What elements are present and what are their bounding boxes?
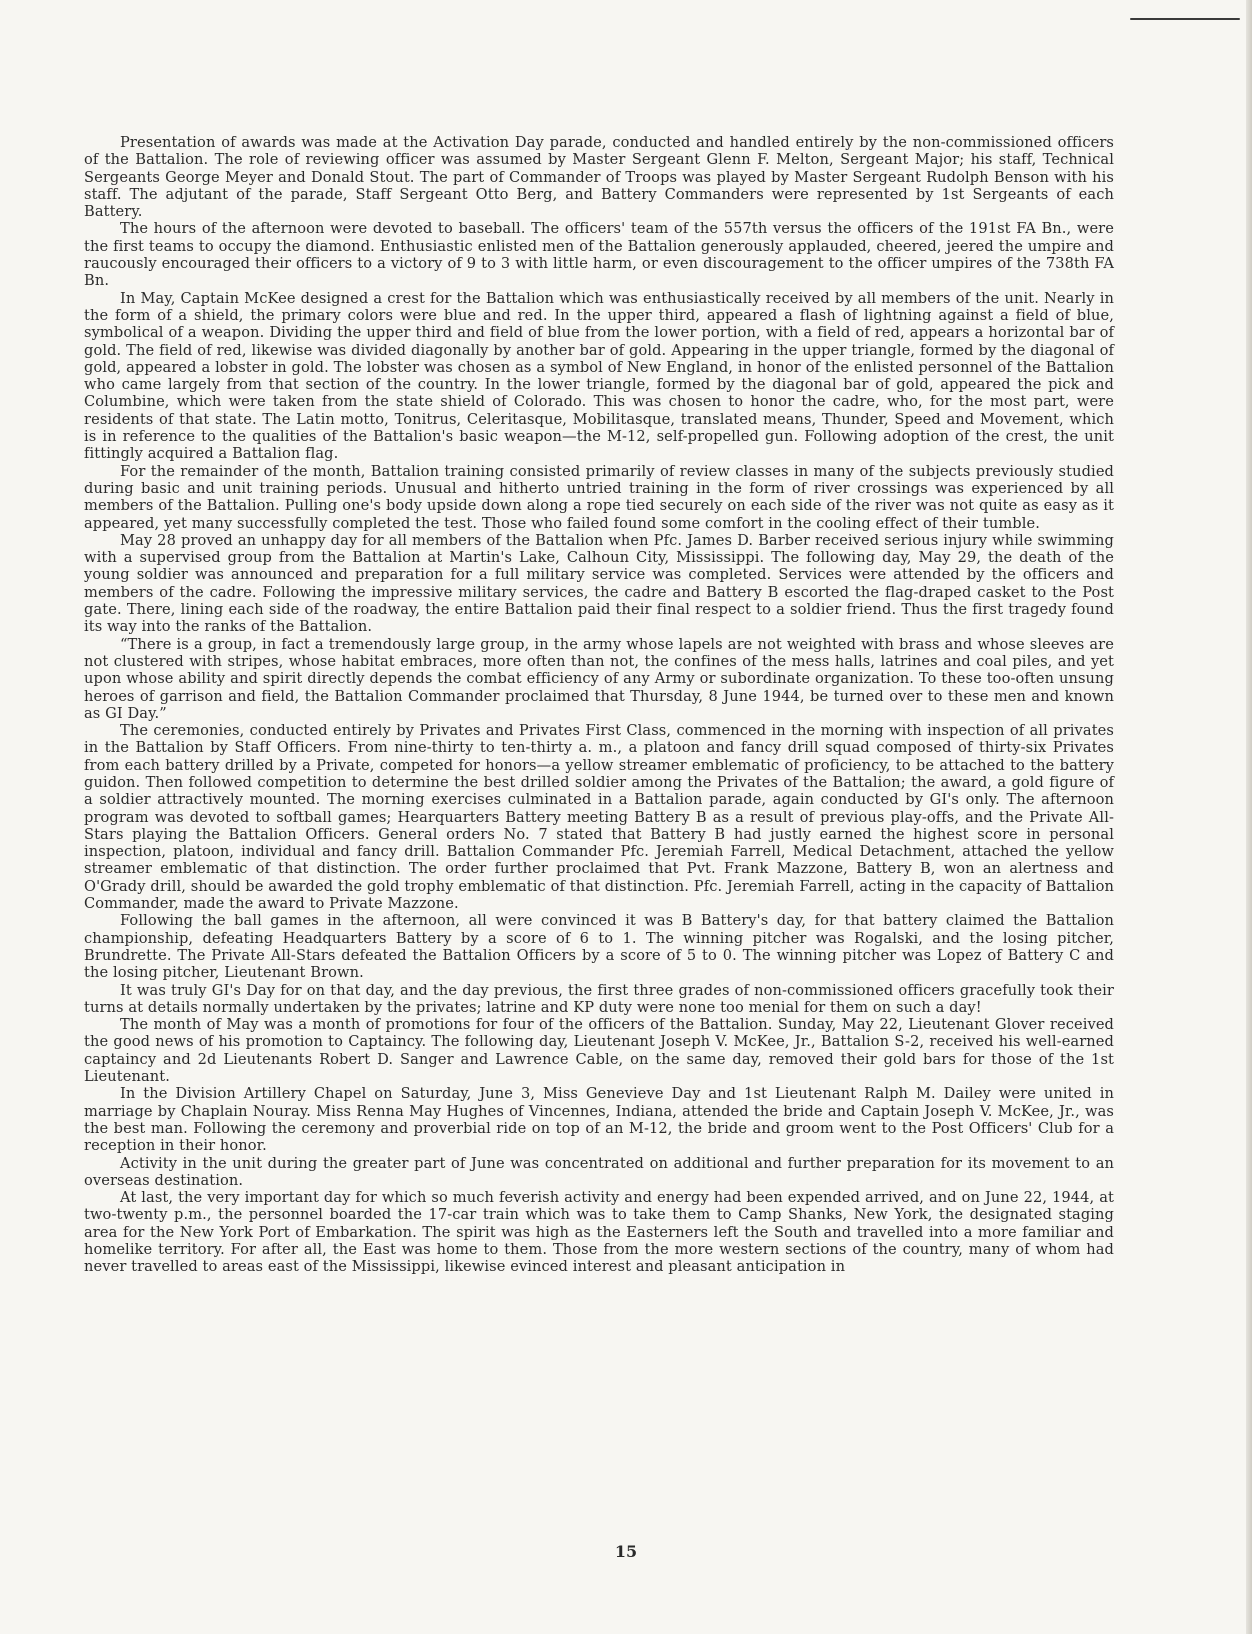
paragraph-wedding: In the Division Artillery Chapel on Satu…	[84, 1085, 1114, 1154]
page-edge	[1246, 0, 1252, 1634]
paragraph-training: For the remainder of the month, Battalio…	[84, 463, 1114, 532]
paragraph-baseball: The hours of the afternoon were devoted …	[84, 220, 1114, 289]
paragraph-ball-games: Following the ball games in the afternoo…	[84, 912, 1114, 981]
paragraph-june-activity: Activity in the unit during the greater …	[84, 1155, 1114, 1190]
paragraph-ceremonies: The ceremonies, conducted entirely by Pr…	[84, 722, 1114, 912]
page-top-rule	[1130, 18, 1240, 20]
paragraph-tragedy: May 28 proved an unhappy day for all mem…	[84, 532, 1114, 636]
paragraph-crest: In May, Captain McKee designed a crest f…	[84, 290, 1114, 463]
paragraph-promotions: The month of May was a month of promotio…	[84, 1016, 1114, 1085]
paragraph-gis-day: It was truly GI's Day for on that day, a…	[84, 982, 1114, 1017]
paragraph-departure: At last, the very important day for whic…	[84, 1189, 1114, 1275]
document-body: Presentation of awards was made at the A…	[84, 134, 1114, 1276]
paragraph-gi-day-quote: “There is a group, in fact a tremendousl…	[84, 636, 1114, 722]
paragraph-awards: Presentation of awards was made at the A…	[84, 134, 1114, 220]
page-number: 15	[0, 1542, 1252, 1561]
